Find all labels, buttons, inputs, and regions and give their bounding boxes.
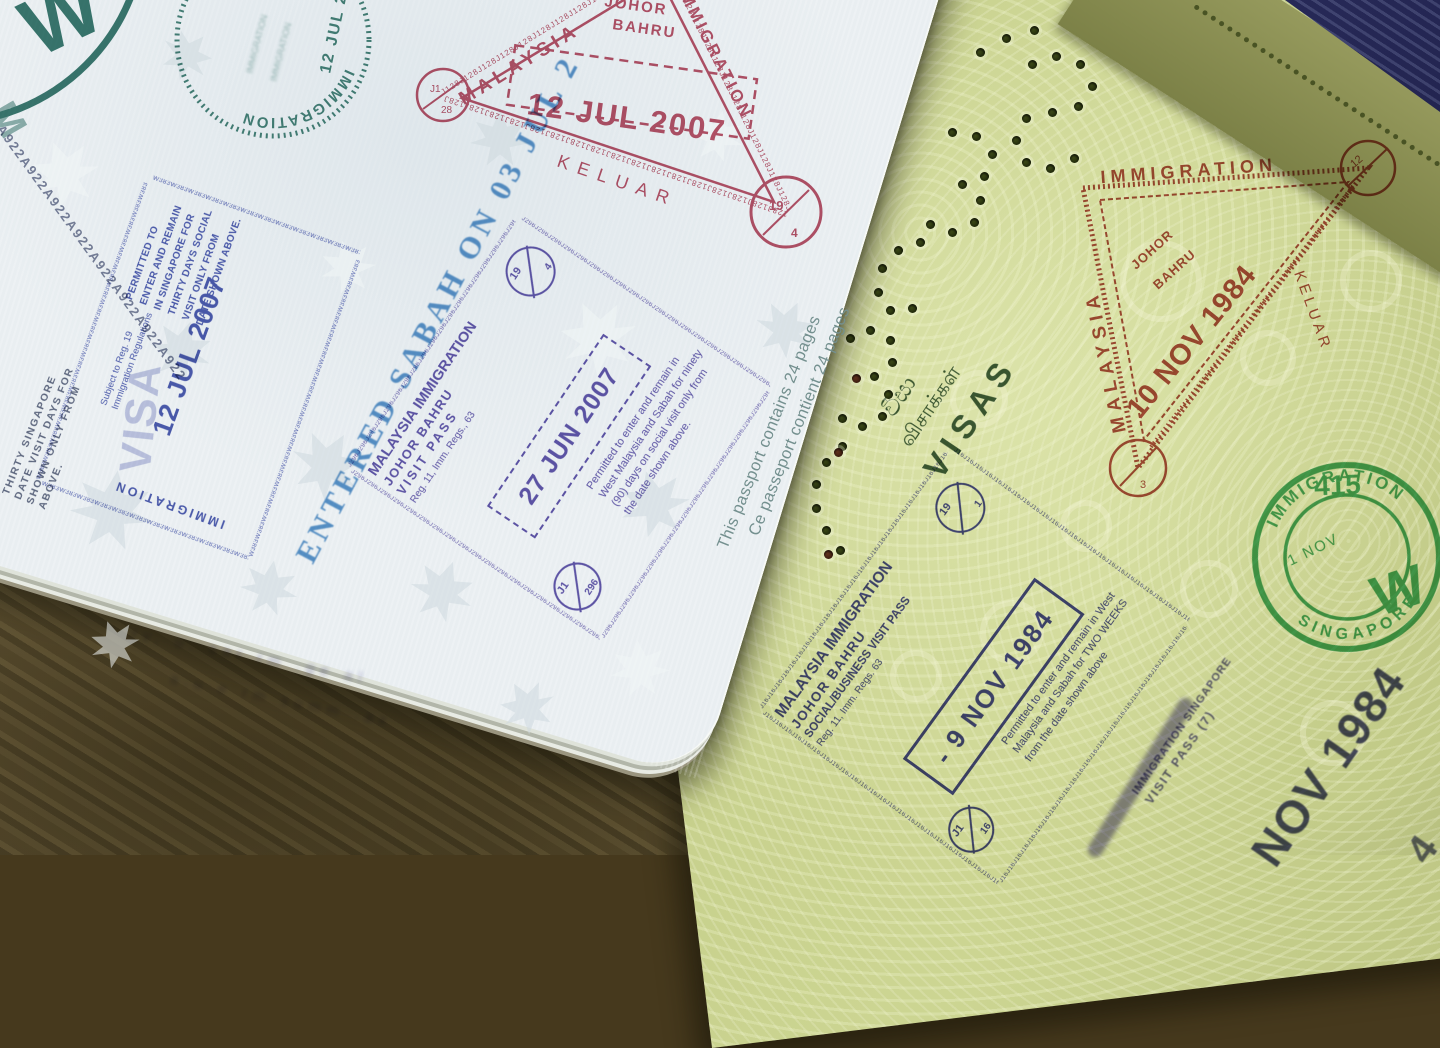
svg-text:4: 4 [791,226,798,240]
stamp-side-text: IMMIGRATION [112,478,227,531]
arc-stamp-letter: W [7,0,116,74]
svg-text:IMMIGRATION: IMMIGRATION [239,67,357,131]
triangle07-department: IMMIGRATION [673,0,757,122]
triangle07-city2: BAHRU [611,16,677,42]
svg-text:IMMIGRATION: IMMIGRATION [673,0,757,122]
white-page-stamp-layer: 1378 SINGA W M IMMIGRATION 12 JUL 2 IMMI… [0,0,1440,855]
ink-smudge: rv, u. sar rm .ge al [131,625,370,687]
svg-text:IMMIGRATION: IMMIGRATION [244,14,269,75]
svg-text:28: 28 [441,105,453,116]
svg-text:19: 19 [769,198,783,213]
immigration-dotted-circle-stamp: IMMIGRATION 12 JUL 2 IMMIGRATION IMMIGRA… [148,0,398,172]
dotted-circle-date: 12 JUL 2 [317,0,351,75]
svg-text:J1: J1 [430,84,441,95]
dotted-circle-arc-text: IMMIGRATION [239,67,357,131]
svg-text:IMMIGRATION: IMMIGRATION [268,22,293,83]
